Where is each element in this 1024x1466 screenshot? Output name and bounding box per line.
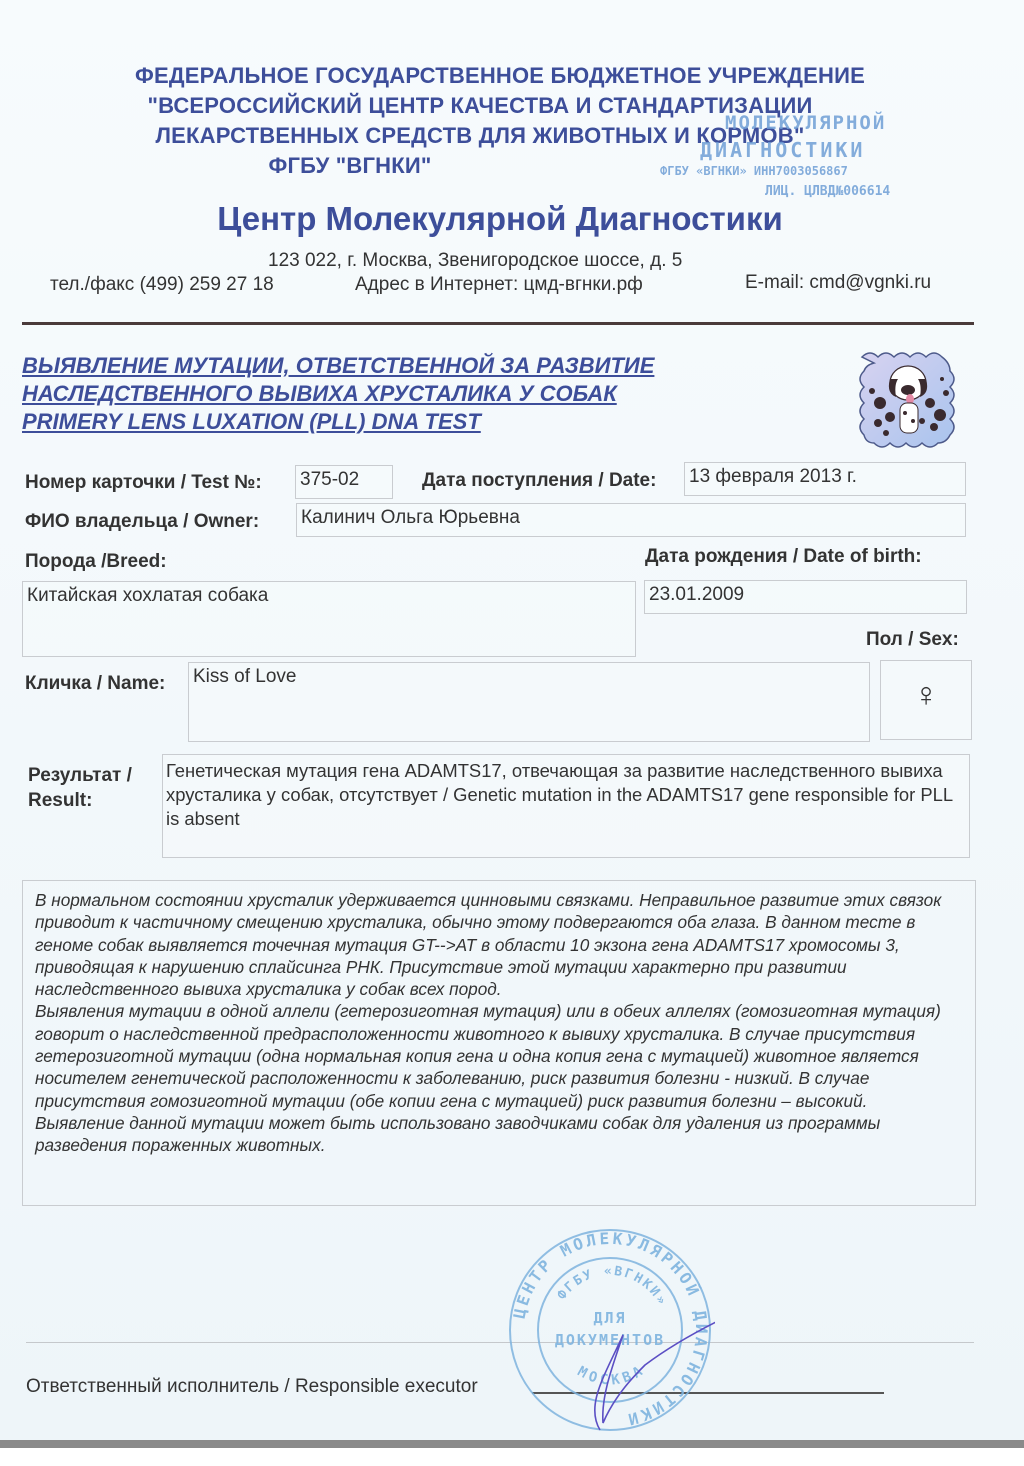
svg-text:МОСКВА: МОСКВА: [575, 1362, 649, 1389]
svg-text:ДОКУМЕНТОВ: ДОКУМЕНТОВ: [555, 1331, 665, 1349]
executor-label: Ответственный исполнитель / Responsible …: [26, 1376, 478, 1398]
svg-text:ДЛЯ: ДЛЯ: [593, 1309, 626, 1327]
stamp-line-1: МОЛЕКУЛЯРНОЙ: [725, 112, 886, 134]
test-title-line-3: PRIMERY LENS LUXATION (PLL) DNA TEST: [22, 408, 481, 435]
sex-field: ♀: [880, 660, 972, 740]
header-divider: [22, 322, 974, 325]
stamp-line-3: ФГБУ «ВГНКИ» ИНН7003056867: [660, 164, 848, 178]
breed-label: Порода /Breed:: [25, 551, 167, 573]
result-label-2: Result:: [28, 790, 92, 812]
sex-label: Пол / Sex:: [866, 629, 959, 651]
result-field: Генетическая мутация гена ADAMTS17, отве…: [162, 754, 970, 858]
website[interactable]: Адрес в Интернет: цмд-вгнки.рф: [355, 274, 643, 296]
date-label: Дата поступления / Date:: [422, 470, 656, 492]
signature-divider: [26, 1342, 974, 1343]
info-description-box: В нормальном состоянии хрусталик удержив…: [22, 880, 976, 1206]
test-no-field: 375-02: [295, 465, 393, 499]
breed-field: Китайская хохлатая собака: [22, 581, 636, 657]
certificate-page: ФЕДЕРАЛЬНОЕ ГОСУДАРСТВЕННОЕ БЮДЖЕТНОЕ УЧ…: [0, 0, 1024, 1440]
test-title-line-2: НАСЛЕДСТВЕННОГО ВЫВИХА ХРУСТАЛИКА У СОБА…: [22, 380, 617, 407]
info-paragraph: Выявление данной мутации может быть испо…: [35, 1112, 963, 1157]
center-title: Центр Молекулярной Диагностики: [0, 200, 1000, 238]
info-paragraph: Выявления мутации в одной аллели (гетеро…: [35, 1000, 963, 1111]
info-paragraph: В нормальном состоянии хрусталик удержив…: [35, 889, 963, 1000]
dob-field: 23.01.2009: [644, 580, 967, 614]
stamp-line-4: ЛИЦ. ЦЛВД№006614: [765, 184, 890, 199]
owner-field: Калинич Ольга Юрьевна: [296, 503, 966, 537]
phone: тел./факс (499) 259 27 18: [50, 274, 274, 296]
owner-label: ФИО владельца / Owner:: [25, 511, 259, 533]
name-field: Kiss of Love: [188, 662, 870, 742]
result-label-1: Результат /: [28, 765, 132, 787]
page-margin: [0, 1448, 1024, 1466]
official-seal-icon: ЦЕНТР МОЛЕКУЛЯРНОЙ ДИАГНОСТИКИ ФГБУ «ВГН…: [505, 1225, 715, 1435]
address: 123 022, г. Москва, Звенигородское шоссе…: [268, 250, 682, 272]
scan-edge-bar: [0, 1440, 1024, 1448]
dob-label: Дата рождения / Date of birth:: [645, 546, 922, 568]
female-symbol-icon: ♀: [913, 676, 939, 714]
dalmatian-logo-icon: [850, 343, 965, 451]
test-title-line-1: ВЫЯВЛЕНИЕ МУТАЦИИ, ОТВЕТСТВЕННОЙ ЗА РАЗВ…: [22, 352, 654, 379]
email[interactable]: E-mail: cmd@vgnki.ru: [745, 272, 931, 294]
org-line-1: ФЕДЕРАЛЬНОЕ ГОСУДАРСТВЕННОЕ БЮДЖЕТНОЕ УЧ…: [0, 62, 1000, 90]
test-no-label: Номер карточки / Test №:: [25, 472, 262, 494]
stamp-line-2: ДИАГНОСТИКИ: [700, 138, 865, 162]
name-label: Кличка / Name:: [25, 673, 165, 695]
date-field: 13 февраля 2013 г.: [684, 462, 966, 496]
